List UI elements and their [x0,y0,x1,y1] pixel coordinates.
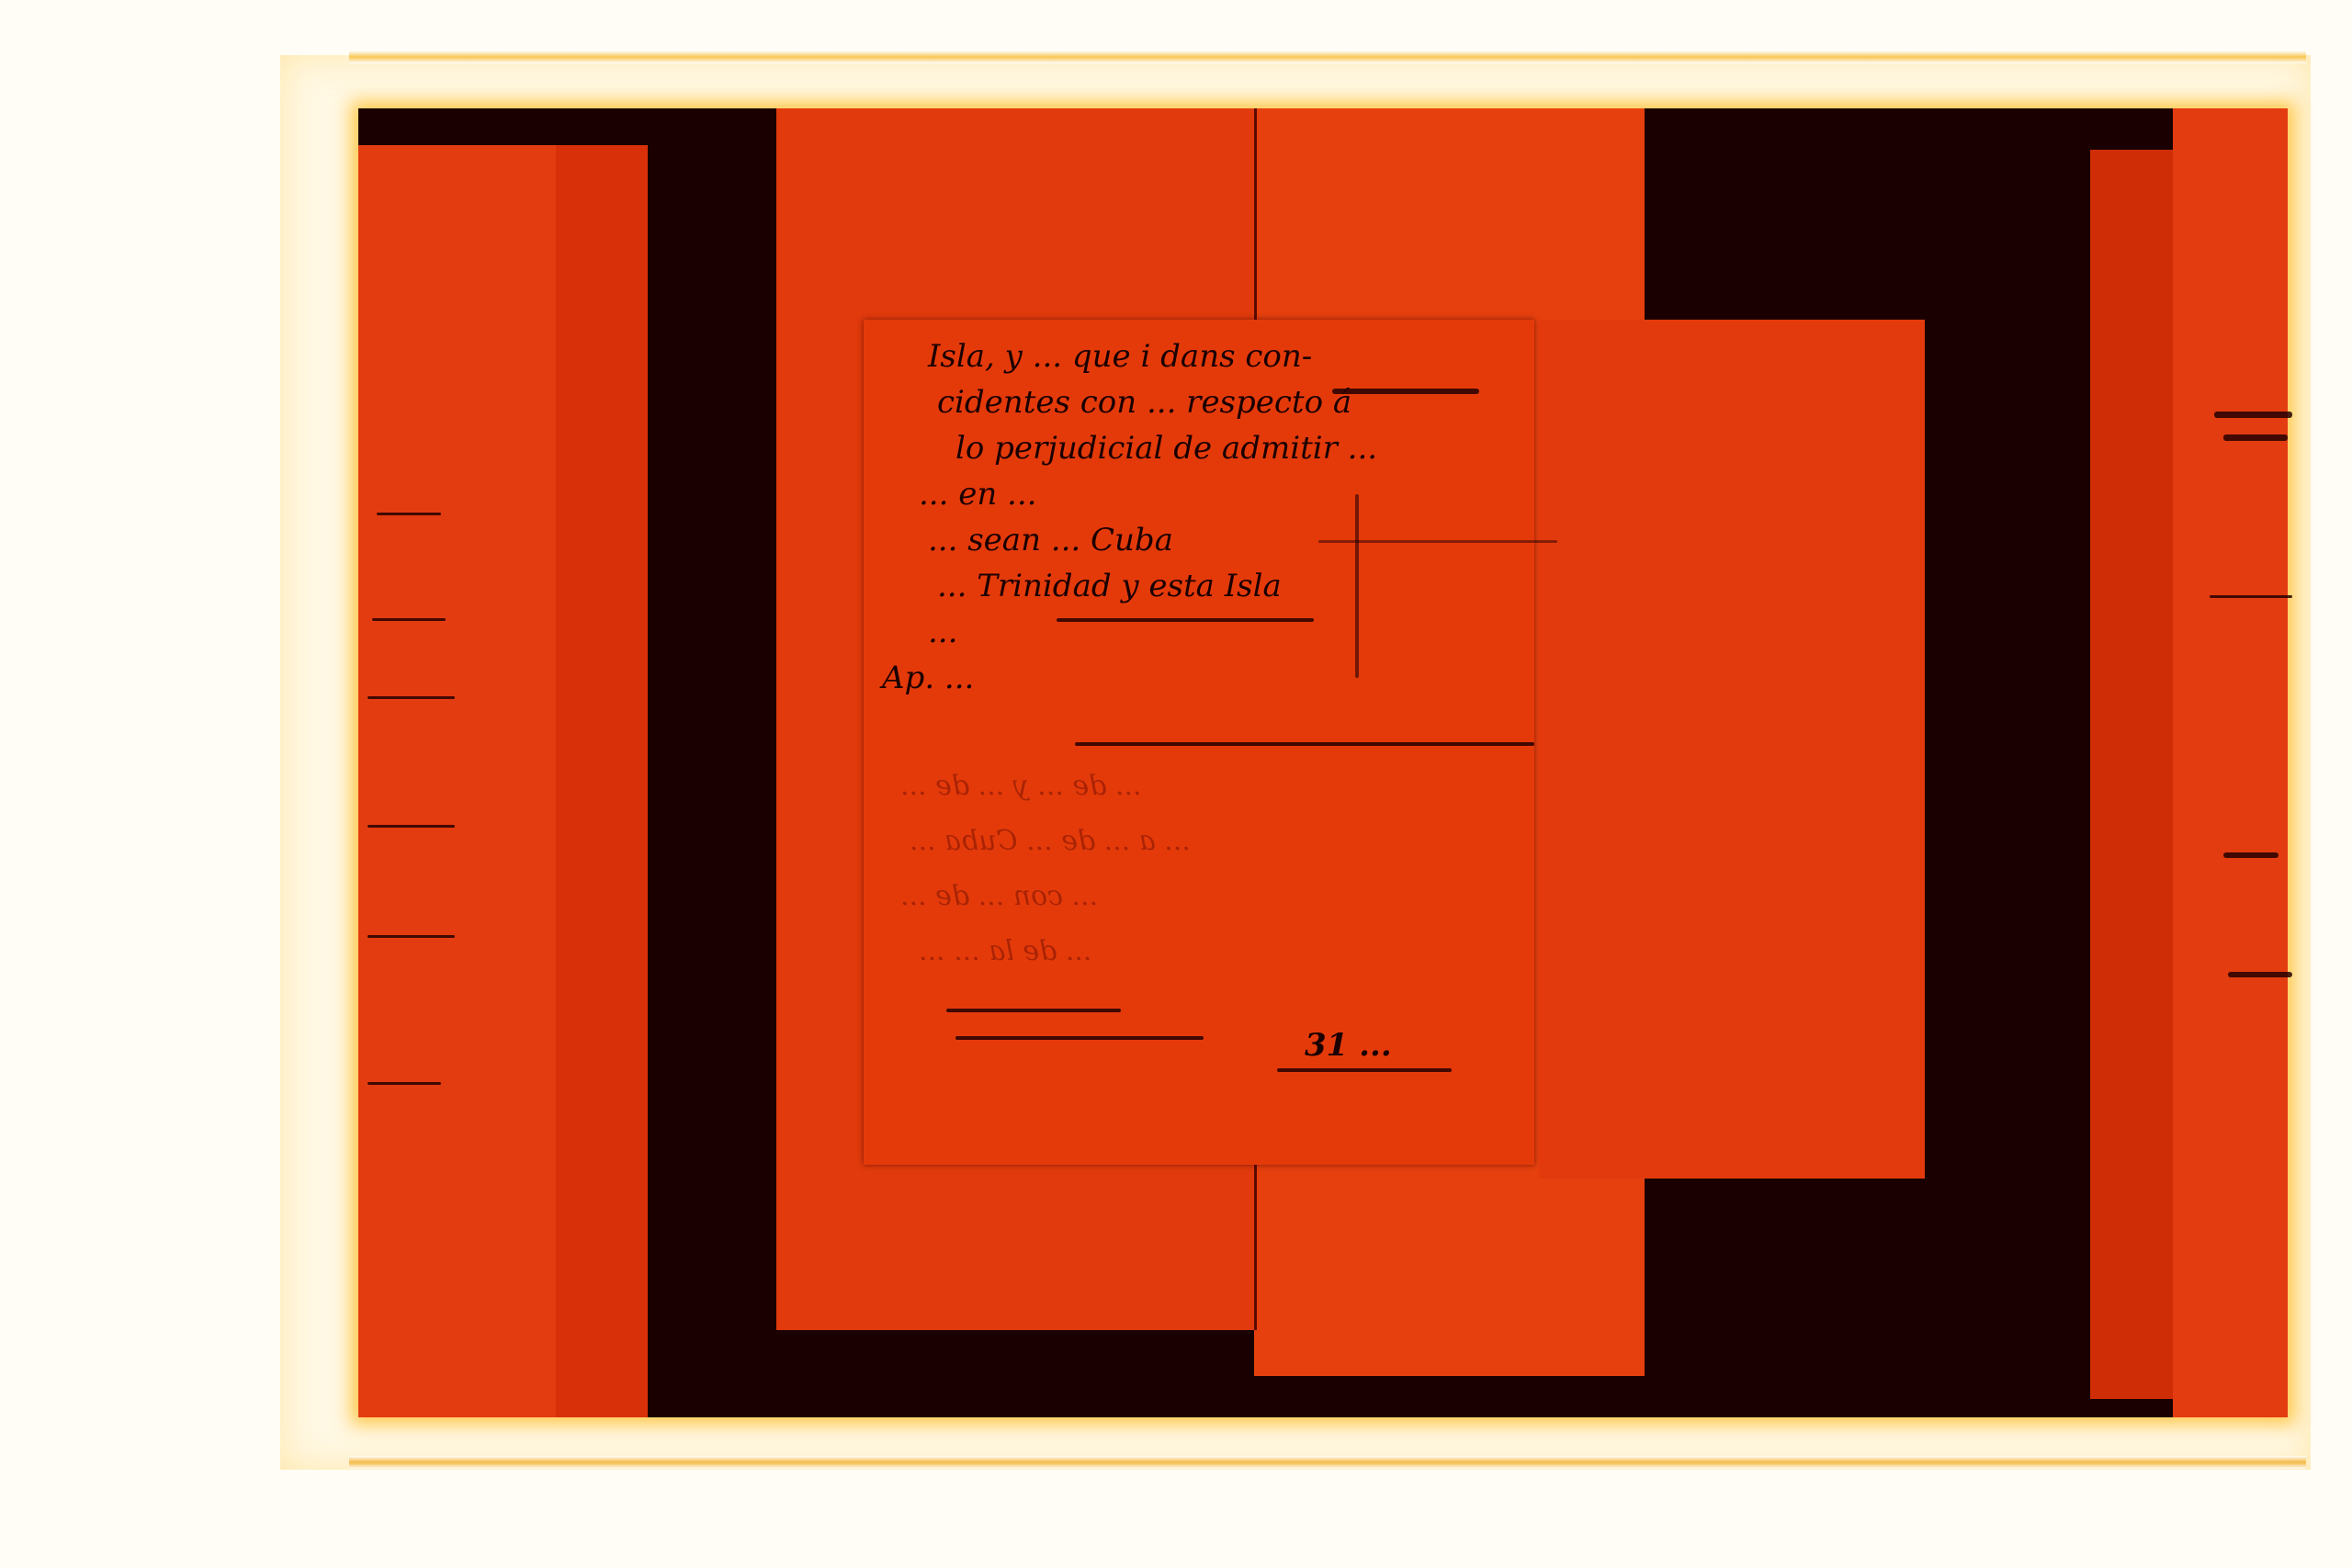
right-page-edge [2090,150,2173,1399]
ink-stroke [2228,972,2292,977]
bleed-through-text: ... a ... de ... Cuba ... [910,825,1191,857]
manuscript-line: ... [928,614,957,650]
left-page-edge [556,145,648,1417]
ink-underline [1075,742,1534,746]
manuscript-facing-page [1539,320,1925,1179]
manuscript-line: ... Trinidad y esta Isla [937,568,1282,604]
ink-stroke [367,696,455,699]
ink-rule [946,1009,1121,1012]
bleed-through-text: ... de la ... ... [919,935,1091,967]
manuscript-line: cidentes con ... respecto á [937,384,1351,421]
manuscript-line: ... en ... [919,476,1036,513]
ink-stroke [2210,595,2292,598]
manuscript-line: ... sean ... Cuba [928,522,1173,558]
ink-underline [1057,618,1314,622]
ink-stroke [1318,540,1557,543]
right-adjacent-page [2173,108,2288,1417]
ink-rule [1277,1068,1452,1072]
ink-stroke [372,618,446,621]
left-adjacent-page [358,145,556,1417]
ink-stroke [2223,852,2278,858]
manuscript-line: lo perjudicial de admitir ... [955,430,1377,467]
film-edge-bottom [349,1456,2306,1469]
microfilm-frame: Isla, y ... que i dans con- cidentes con… [358,108,2288,1417]
ink-stroke [1332,389,1479,394]
signature-mark: 31 ... [1305,1027,1392,1064]
ink-stroke [367,1082,441,1085]
manuscript-line: Isla, y ... que i dans con- [928,338,1312,375]
film-edge-top [349,51,2306,63]
ink-rule [955,1036,1204,1040]
ink-stroke [367,825,455,828]
ink-stroke [377,513,441,515]
ink-stroke [2214,412,2292,418]
ink-stroke [2223,434,2288,441]
ink-stroke [367,935,455,938]
binding-thread [1355,494,1359,678]
manuscript-line: Ap. ... [882,660,974,696]
bleed-through-text: ... con ... de ... [900,880,1098,912]
bleed-through-text: ... de ... y ... de ... [900,770,1142,802]
